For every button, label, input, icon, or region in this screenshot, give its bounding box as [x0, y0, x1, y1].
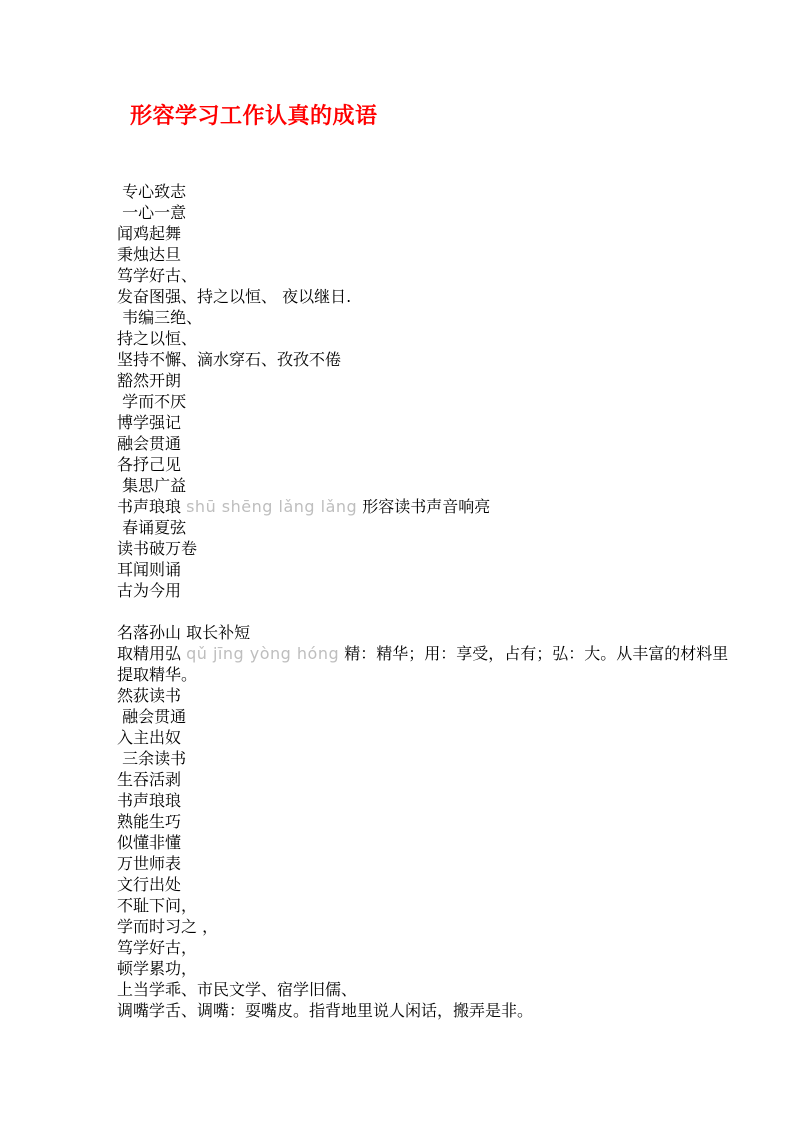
- idiom-text: 笃学好古、: [117, 266, 197, 285]
- text-line: 然荻读书: [117, 685, 733, 706]
- idiom-text: 名落孙山 取长补短: [117, 623, 250, 642]
- text-line: 似懂非懂: [117, 832, 733, 853]
- text-line: 书声琅琅: [117, 790, 733, 811]
- pinyin-annotation: qǔ jīng yòng hóng: [186, 644, 339, 663]
- text-line: 春诵夏弦: [117, 517, 733, 538]
- idiom-text: 然荻读书: [117, 686, 181, 705]
- idiom-text: 入主出奴: [117, 728, 181, 747]
- text-line: 融会贯通: [117, 433, 733, 454]
- text-line: 持之以恒、: [117, 328, 733, 349]
- text-line: 书声琅琅 shū shēng lǎng lǎng 形容读书声音响亮: [117, 496, 733, 517]
- text-line: 入主出奴: [117, 727, 733, 748]
- idiom-text: 形容读书声音响亮: [357, 497, 490, 516]
- text-line: 上当学乖、市民文学、宿学旧儒、: [117, 979, 733, 1000]
- idiom-text: 三余读书: [117, 749, 186, 768]
- idiom-text: 一心一意: [117, 203, 186, 222]
- idiom-text: 韦编三绝、: [117, 308, 202, 327]
- idiom-text: 春诵夏弦: [117, 518, 186, 537]
- text-line: 笃学好古、: [117, 265, 733, 286]
- text-line: 豁然开朗: [117, 370, 733, 391]
- text-line: 调嘴学舌、调嘴：耍嘴皮。指背地里说人闲话，搬弄是非。: [117, 1000, 733, 1021]
- idiom-text: 秉烛达旦: [117, 245, 181, 264]
- text-line: 三余读书: [117, 748, 733, 769]
- idiom-text: 耳闻则诵: [117, 560, 181, 579]
- text-line: 博学强记: [117, 412, 733, 433]
- idiom-text: 集思广益: [117, 476, 186, 495]
- text-line: 取精用弘 qǔ jīng yòng hóng 精：精华；用：享受，占有；弘：大。…: [117, 643, 733, 685]
- idiom-text: 熟能生巧: [117, 812, 181, 831]
- text-line: 万世师表: [117, 853, 733, 874]
- text-line: 学而时习之 ，: [117, 916, 733, 937]
- idiom-text: 豁然开朗: [117, 371, 181, 390]
- document-page: 形容学习工作认真的成语 专心致志 一心一意闻鸡起舞秉烛达旦笃学好古、发奋图强、持…: [0, 0, 794, 1123]
- idiom-text: 似懂非懂: [117, 833, 181, 852]
- document-text-body: 专心致志 一心一意闻鸡起舞秉烛达旦笃学好古、发奋图强、持之以恒、 夜以继日. 韦…: [117, 181, 733, 1021]
- pinyin-annotation: shū shēng lǎng lǎng: [186, 497, 357, 516]
- text-line: 古为今用: [117, 580, 733, 601]
- idiom-text: 融会贯通: [117, 707, 186, 726]
- idiom-text: 上当学乖、市民文学、宿学旧儒、: [117, 980, 357, 999]
- idiom-text: 专心致志: [117, 182, 186, 201]
- idiom-text: 取精用弘: [117, 644, 186, 663]
- idiom-text: 博学强记: [117, 413, 181, 432]
- idiom-text: 生吞活剥: [117, 770, 181, 789]
- idiom-text: 书声琅琅: [117, 791, 181, 810]
- text-line: 各抒己见: [117, 454, 733, 475]
- idiom-text: 融会贯通: [117, 434, 181, 453]
- text-line: 不耻下问，: [117, 895, 733, 916]
- idiom-text: 书声琅琅: [117, 497, 186, 516]
- idiom-text: 顿学累功，: [117, 959, 197, 978]
- page-title: 形容学习工作认真的成语: [130, 104, 378, 130]
- text-line: 生吞活剥: [117, 769, 733, 790]
- text-line: 一心一意: [117, 202, 733, 223]
- text-line: 融会贯通: [117, 706, 733, 727]
- idiom-text: 古为今用: [117, 581, 181, 600]
- text-line: 闻鸡起舞: [117, 223, 733, 244]
- idiom-text: 万世师表: [117, 854, 181, 873]
- text-line: 笃学好古，: [117, 937, 733, 958]
- text-line: 集思广益: [117, 475, 733, 496]
- text-line: 韦编三绝、: [117, 307, 733, 328]
- text-line: 发奋图强、持之以恒、 夜以继日.: [117, 286, 733, 307]
- idiom-text: 不耻下问，: [117, 896, 197, 915]
- idiom-text: 学而不厌: [117, 392, 186, 411]
- text-line: 读书破万卷: [117, 538, 733, 559]
- idiom-text: 闻鸡起舞: [117, 224, 181, 243]
- text-line: 顿学累功，: [117, 958, 733, 979]
- text-line: 秉烛达旦: [117, 244, 733, 265]
- idiom-text: 笃学好古，: [117, 938, 197, 957]
- blank-line: [117, 601, 733, 622]
- text-line: 名落孙山 取长补短: [117, 622, 733, 643]
- idiom-text: 调嘴学舌、调嘴：耍嘴皮。指背地里说人闲话，搬弄是非。: [117, 1001, 533, 1020]
- idiom-text: 各抒己见: [117, 455, 181, 474]
- text-line: 耳闻则诵: [117, 559, 733, 580]
- text-line: 文行出处: [117, 874, 733, 895]
- text-line: 专心致志: [117, 181, 733, 202]
- idiom-text: 发奋图强、持之以恒、 夜以继日.: [117, 287, 351, 306]
- idiom-text: 持之以恒、: [117, 329, 197, 348]
- idiom-text: 坚持不懈、滴水穿石、孜孜不倦: [117, 350, 341, 369]
- idiom-text: 读书破万卷: [117, 539, 197, 558]
- text-line: 坚持不懈、滴水穿石、孜孜不倦: [117, 349, 733, 370]
- text-line: 学而不厌: [117, 391, 733, 412]
- idiom-text: 文行出处: [117, 875, 181, 894]
- idiom-text: 学而时习之 ，: [117, 917, 218, 936]
- text-line: 熟能生巧: [117, 811, 733, 832]
